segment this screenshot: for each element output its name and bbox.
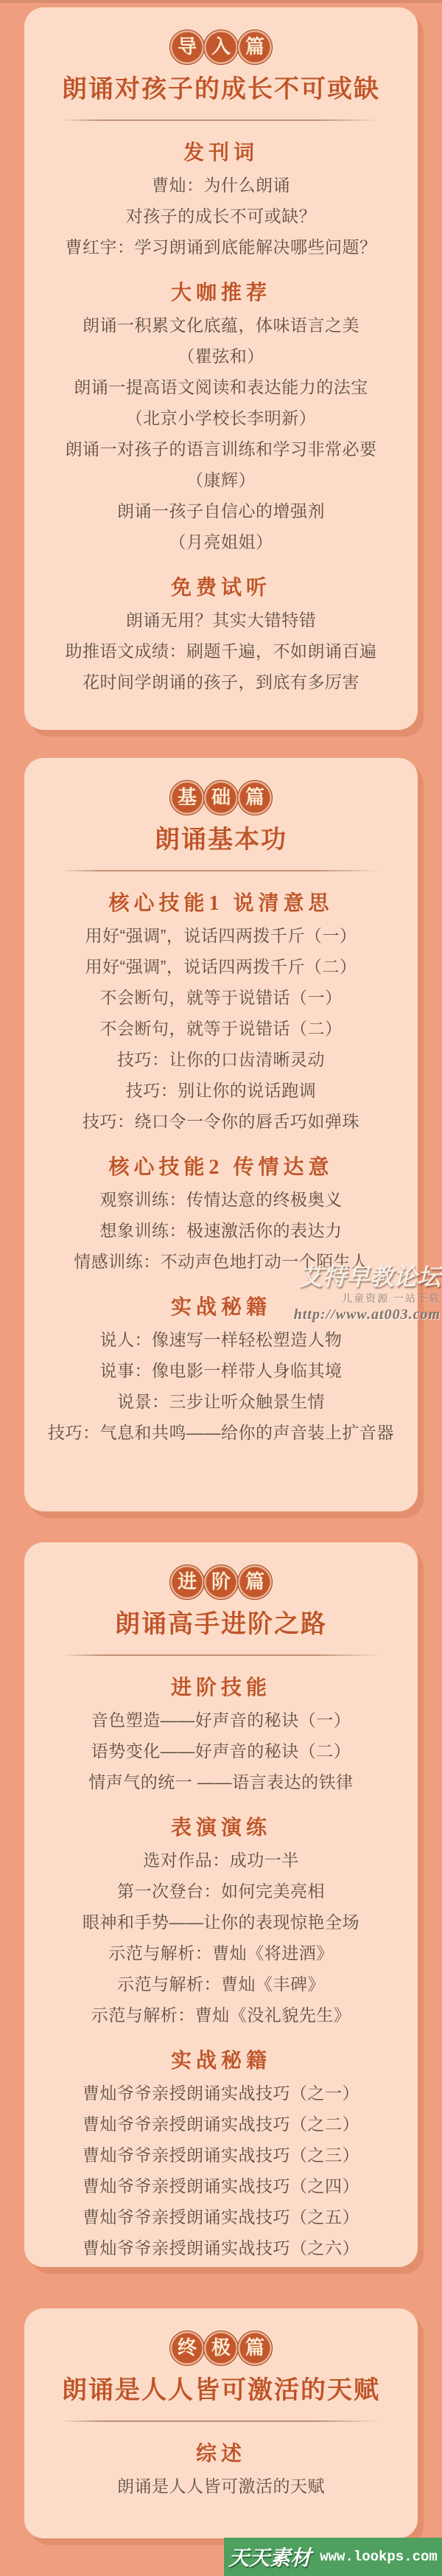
badge-char: 础	[211, 788, 231, 807]
badge-circle: 础	[203, 780, 239, 815]
section-badge: 导入篇	[39, 29, 403, 65]
section-heading: 进阶技能	[39, 1672, 403, 1705]
card-body: 核心技能1 说清意思用好“强调”，说话四两拨千斤（一）用好“强调”，说话四两拨千…	[39, 871, 403, 1448]
course-line: 朗诵一提高语文阅读和表达能力的法宝	[39, 372, 403, 403]
badge-char: 篇	[245, 38, 264, 57]
banner-logo: 天天素材	[228, 2542, 311, 2572]
course-line: （北京小学校长李明新）	[39, 403, 403, 434]
top-trim-border	[0, 0, 442, 3]
card-body: 综述朗诵是人人皆可激活的天赋	[39, 2422, 403, 2502]
course-line: 花时间学朗诵的孩子，到底有多厉害	[39, 666, 403, 697]
badge-circle: 进	[169, 1564, 205, 1600]
course-line: 朗诵一积累文化底蕴，体味语言之美	[39, 310, 403, 341]
course-line: 技巧：别让你的说话跑调	[39, 1075, 403, 1106]
course-line: 技巧：气息和共鸣——给你的声音装上扩音器	[39, 1417, 403, 1448]
footer-banner: 天天素材 www.lookps.com	[224, 2538, 442, 2576]
course-line: 技巧：让你的口齿清晰灵动	[39, 1044, 403, 1075]
course-line: 用好“强调”，说话四两拨千斤（一）	[39, 920, 403, 951]
section-heading: 综述	[39, 2438, 403, 2471]
badge-circle: 篇	[237, 2330, 273, 2366]
course-line: 音色塑造——好声音的秘诀（一）	[39, 1705, 403, 1736]
course-line: 朗诵无用？其实大错特错	[39, 605, 403, 636]
badge-circle: 篇	[237, 1564, 273, 1600]
card-title: 朗诵高手进阶之路	[39, 1609, 403, 1641]
badge-circle: 篇	[237, 780, 273, 815]
card-title: 朗诵对孩子的成长不可或缺	[39, 74, 403, 106]
badge-char: 极	[211, 2339, 231, 2358]
course-line: 眼神和手势——让你的表现惊艳全场	[39, 1907, 403, 1938]
badge-circle: 基	[169, 780, 205, 815]
course-line: 第一次登台：如何完美亮相	[39, 1876, 403, 1907]
section-heading: 核心技能1 说清意思	[39, 888, 403, 920]
course-line: 不会断句，就等于说错话（一）	[39, 982, 403, 1013]
course-line: 朗诵一对孩子的语言训练和学习非常必要	[39, 434, 403, 464]
section-heading: 实战秘籍	[39, 1292, 403, 1324]
badge-char: 导	[178, 38, 197, 57]
course-line: 示范与解析：曹灿《丰碑》	[39, 1968, 403, 1999]
course-line: （瞿弦和）	[39, 341, 403, 372]
badge-circle: 阶	[203, 1564, 239, 1600]
course-line: 观察训练：传情达意的终极奥义	[39, 1184, 403, 1215]
course-line: 示范与解析：曹灿《没礼貌先生》	[39, 1999, 403, 2030]
badge-char: 进	[178, 1573, 197, 1592]
section-heading: 大咖推荐	[39, 277, 403, 310]
course-line: 选对作品：成功一半	[39, 1845, 403, 1876]
section-badge: 进阶篇	[39, 1564, 403, 1600]
course-line: 朗诵一孩子自信心的增强剂	[39, 495, 403, 526]
badge-circle: 终	[169, 2330, 205, 2366]
section-heading: 实战秘籍	[39, 2045, 403, 2078]
badge-char: 入	[211, 38, 231, 57]
card-title: 朗诵是人人皆可激活的天赋	[39, 2375, 403, 2407]
course-line: 曹灿爷爷亲授朗诵实战技巧（之二）	[39, 2109, 403, 2140]
course-line: 说人：像速写一样轻松塑造人物	[39, 1324, 403, 1355]
course-line: （康辉）	[39, 464, 403, 495]
course-line: 助推语文成绩：刷题千遍，不如朗诵百遍	[39, 636, 403, 666]
course-line: 用好“强调”，说话四两拨千斤（二）	[39, 951, 403, 982]
section-badge: 终极篇	[39, 2330, 403, 2366]
section-badge: 基础篇	[39, 780, 403, 815]
card-basics: 基础篇 朗诵基本功 核心技能1 说清意思用好“强调”，说话四两拨千斤（一）用好“…	[24, 758, 418, 1511]
course-line: 技巧：绕口令一令你的唇舌巧如弹珠	[39, 1106, 403, 1137]
course-line: 示范与解析：曹灿《将进酒》	[39, 1938, 403, 1968]
section-heading: 核心技能2 传情达意	[39, 1152, 403, 1184]
course-line: 曹灿爷爷亲授朗诵实战技巧（之四）	[39, 2171, 403, 2201]
card-advanced: 进阶篇 朗诵高手进阶之路 进阶技能音色塑造——好声音的秘诀（一）语势变化——好声…	[24, 1542, 418, 2267]
card-body: 发刊词曹灿：为什么朗诵对孩子的成长不可或缺？曹红宇：学习朗诵到底能解决哪些问题？…	[39, 121, 403, 697]
course-line: 不会断句，就等于说错话（二）	[39, 1013, 403, 1044]
course-line: （月亮姐姐）	[39, 526, 403, 557]
course-line: 情感训练：不动声色地打动一个陌生人	[39, 1246, 403, 1277]
course-line: 说事：像电影一样带人身临其境	[39, 1355, 403, 1386]
badge-circle: 极	[203, 2330, 239, 2366]
course-line: 情声气的统一 ——语言表达的铁律	[39, 1766, 403, 1797]
badge-circle: 入	[203, 29, 239, 65]
card-title: 朗诵基本功	[39, 824, 403, 857]
course-line: 想象训练：极速激活你的表达力	[39, 1215, 403, 1246]
badge-char: 篇	[245, 788, 264, 807]
section-heading: 发刊词	[39, 137, 403, 170]
course-line: 曹灿：为什么朗诵	[39, 170, 403, 201]
badge-char: 基	[178, 788, 197, 807]
badge-char: 阶	[211, 1573, 231, 1592]
course-line: 说景：三步让听众触景生情	[39, 1386, 403, 1417]
card-body: 进阶技能音色塑造——好声音的秘诀（一）语势变化——好声音的秘诀（二）情声气的统一…	[39, 1656, 403, 2263]
section-heading: 表演演练	[39, 1812, 403, 1845]
badge-char: 篇	[245, 2339, 264, 2358]
badge-circle: 导	[169, 29, 205, 65]
course-line: 曹红宇：学习朗诵到底能解决哪些问题？	[39, 232, 403, 262]
course-line: 曹灿爷爷亲授朗诵实战技巧（之一）	[39, 2078, 403, 2109]
course-line: 曹灿爷爷亲授朗诵实战技巧（之五）	[39, 2201, 403, 2232]
course-line: 语势变化——好声音的秘诀（二）	[39, 1736, 403, 1766]
card-ultimate: 终极篇 朗诵是人人皆可激活的天赋 综述朗诵是人人皆可激活的天赋	[24, 2308, 418, 2538]
section-heading: 免费试听	[39, 572, 403, 605]
course-line: 曹灿爷爷亲授朗诵实战技巧（之六）	[39, 2232, 403, 2263]
badge-circle: 篇	[237, 29, 273, 65]
badge-char: 篇	[245, 1573, 264, 1592]
course-line: 朗诵是人人皆可激活的天赋	[39, 2471, 403, 2502]
banner-url: www.lookps.com	[320, 2549, 438, 2565]
course-line: 对孩子的成长不可或缺？	[39, 201, 403, 232]
badge-char: 终	[178, 2339, 197, 2358]
card-intro: 导入篇 朗诵对孩子的成长不可或缺 发刊词曹灿：为什么朗诵对孩子的成长不可或缺？曹…	[24, 7, 418, 730]
course-line: 曹灿爷爷亲授朗诵实战技巧（之三）	[39, 2140, 403, 2171]
